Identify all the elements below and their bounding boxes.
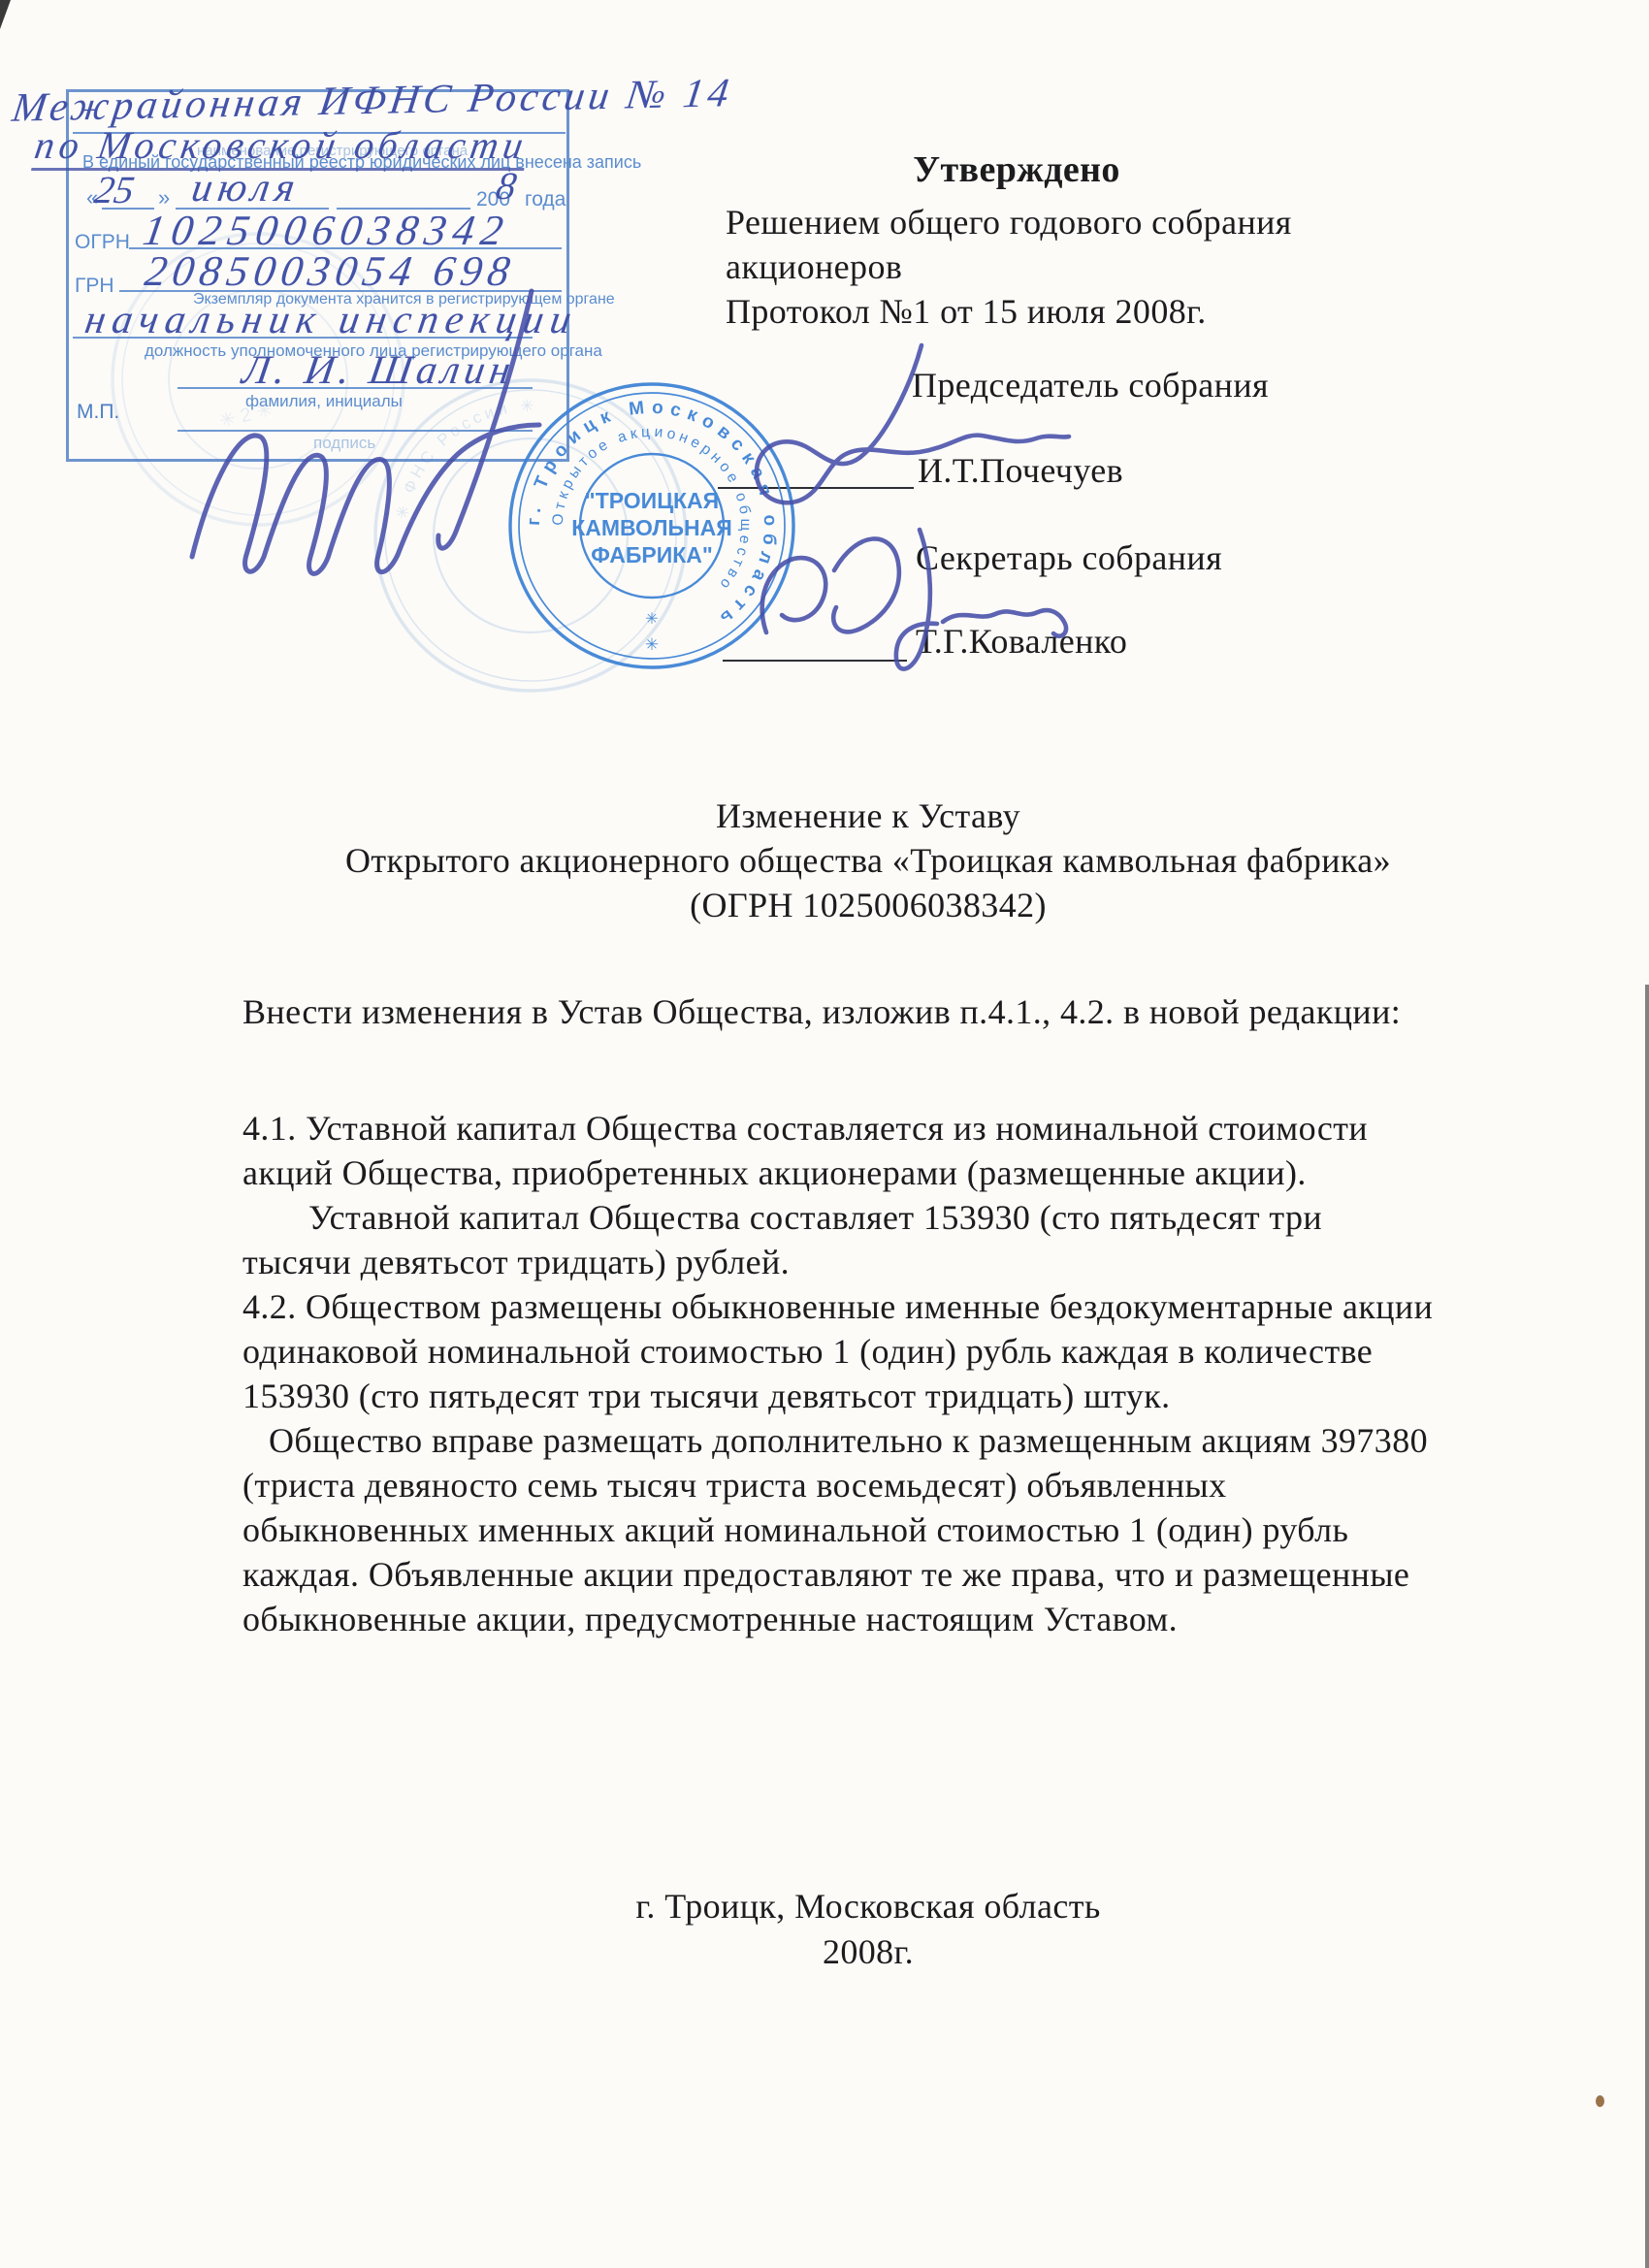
hw-official-name: Л. И. Шалин — [239, 347, 518, 394]
hw-position: начальник инспекции — [81, 297, 581, 343]
chairman-name: И.Т.Почечуев — [918, 448, 1123, 493]
scan-edge-shadow — [1645, 985, 1649, 2268]
seal-center-line2: КАМВОЛЬНАЯ — [571, 515, 732, 540]
hw-authority-line2: по Московской области — [31, 122, 532, 171]
body-line: Уставной капитал Общества составляет 153… — [242, 1195, 1494, 1240]
ogrn-label: ОГРН — [75, 231, 130, 254]
name-caption: фамилия, инициалы — [245, 392, 403, 411]
seal-center-line1: "ТРОИЦКАЯ — [585, 488, 719, 513]
signature-caption: подпись — [313, 434, 375, 453]
document-title-line3: (ОГРН 1025006038342) — [257, 883, 1479, 927]
chairman-label: Председатель собрания — [912, 363, 1269, 407]
document-title-line1: Изменение к Уставу — [257, 794, 1479, 838]
footer-location: г. Троицк, Московская область — [257, 1884, 1479, 1929]
hw-day: 25 — [91, 167, 137, 212]
hw-month: июля — [188, 165, 304, 211]
secretary-signature-line — [723, 660, 907, 662]
scan-corner-mark — [0, 0, 11, 29]
secretary-name: Т.Г.Коваленко — [916, 619, 1127, 664]
body-line: акций Общества, приобретенных акционерам… — [242, 1150, 1494, 1195]
year-suffix: года — [525, 188, 566, 211]
grn-label: ГРН — [75, 275, 114, 298]
body-line: 4.1. Уставной капитал Общества составляе… — [242, 1106, 1494, 1150]
approval-line2: акционеров — [726, 244, 902, 289]
scanned-document-page: ✳ 2 ✳ ✳ ФНС России ✳ наименование регист… — [0, 0, 1649, 2268]
seal-inner-ring-text: Открытое акционерное общество — [550, 424, 754, 595]
seal-star-icon: ✳ — [645, 611, 658, 628]
paper-blemish-dot — [1596, 2095, 1604, 2107]
approval-line1: Решением общего годового собрания — [726, 200, 1292, 244]
body-intro: Внести изменения в Устав Общества, излож… — [242, 989, 1401, 1034]
footer-year: 2008г. — [257, 1929, 1479, 1975]
body-line: каждая. Объявленные акции предоставляют … — [242, 1552, 1494, 1597]
hw-grn: 2085003054 698 — [142, 246, 519, 296]
body-line: 153930 (сто пятьдесят три тысячи девятьс… — [242, 1374, 1494, 1418]
seal-center-line3: ФАБРИКА" — [591, 542, 713, 567]
document-title-block: Изменение к Уставу Открытого акционерног… — [257, 794, 1479, 927]
footer-block: г. Троицк, Московская область 2008г. — [257, 1884, 1479, 1975]
body-line: обыкновенные акции, предусмотренные наст… — [242, 1597, 1494, 1641]
body-line: одинаковой номинальной стоимостью 1 (оди… — [242, 1329, 1494, 1374]
approval-line3: Протокол №1 от 15 июля 2008г. — [726, 289, 1207, 334]
body-line: тысячи девятьсот тридцать) рублей. — [242, 1240, 1494, 1284]
body-paragraphs: 4.1. Уставной капитал Общества составляе… — [242, 1106, 1494, 1641]
body-line: обыкновенных именных акций номинальной с… — [242, 1507, 1494, 1552]
signature-underline — [178, 430, 533, 432]
body-line: (триста девяносто семь тысяч триста восе… — [242, 1463, 1494, 1507]
svg-text:Открытое акционерное обществ: Открытое акционерное общество — [550, 424, 754, 595]
mp-label: М.П. — [77, 401, 119, 424]
secretary-label: Секретарь собрания — [916, 535, 1222, 580]
seal-star-icon: ✳ — [645, 635, 659, 654]
body-line: 4.2. Обществом размещены обыкновенные им… — [242, 1284, 1494, 1329]
approval-heading: Утверждено — [726, 147, 1308, 192]
document-title-line2: Открытого акционерного общества «Троицка… — [257, 838, 1479, 883]
body-line: Общество вправе размещать дополнительно … — [242, 1418, 1494, 1463]
chairman-signature-line — [718, 487, 914, 489]
